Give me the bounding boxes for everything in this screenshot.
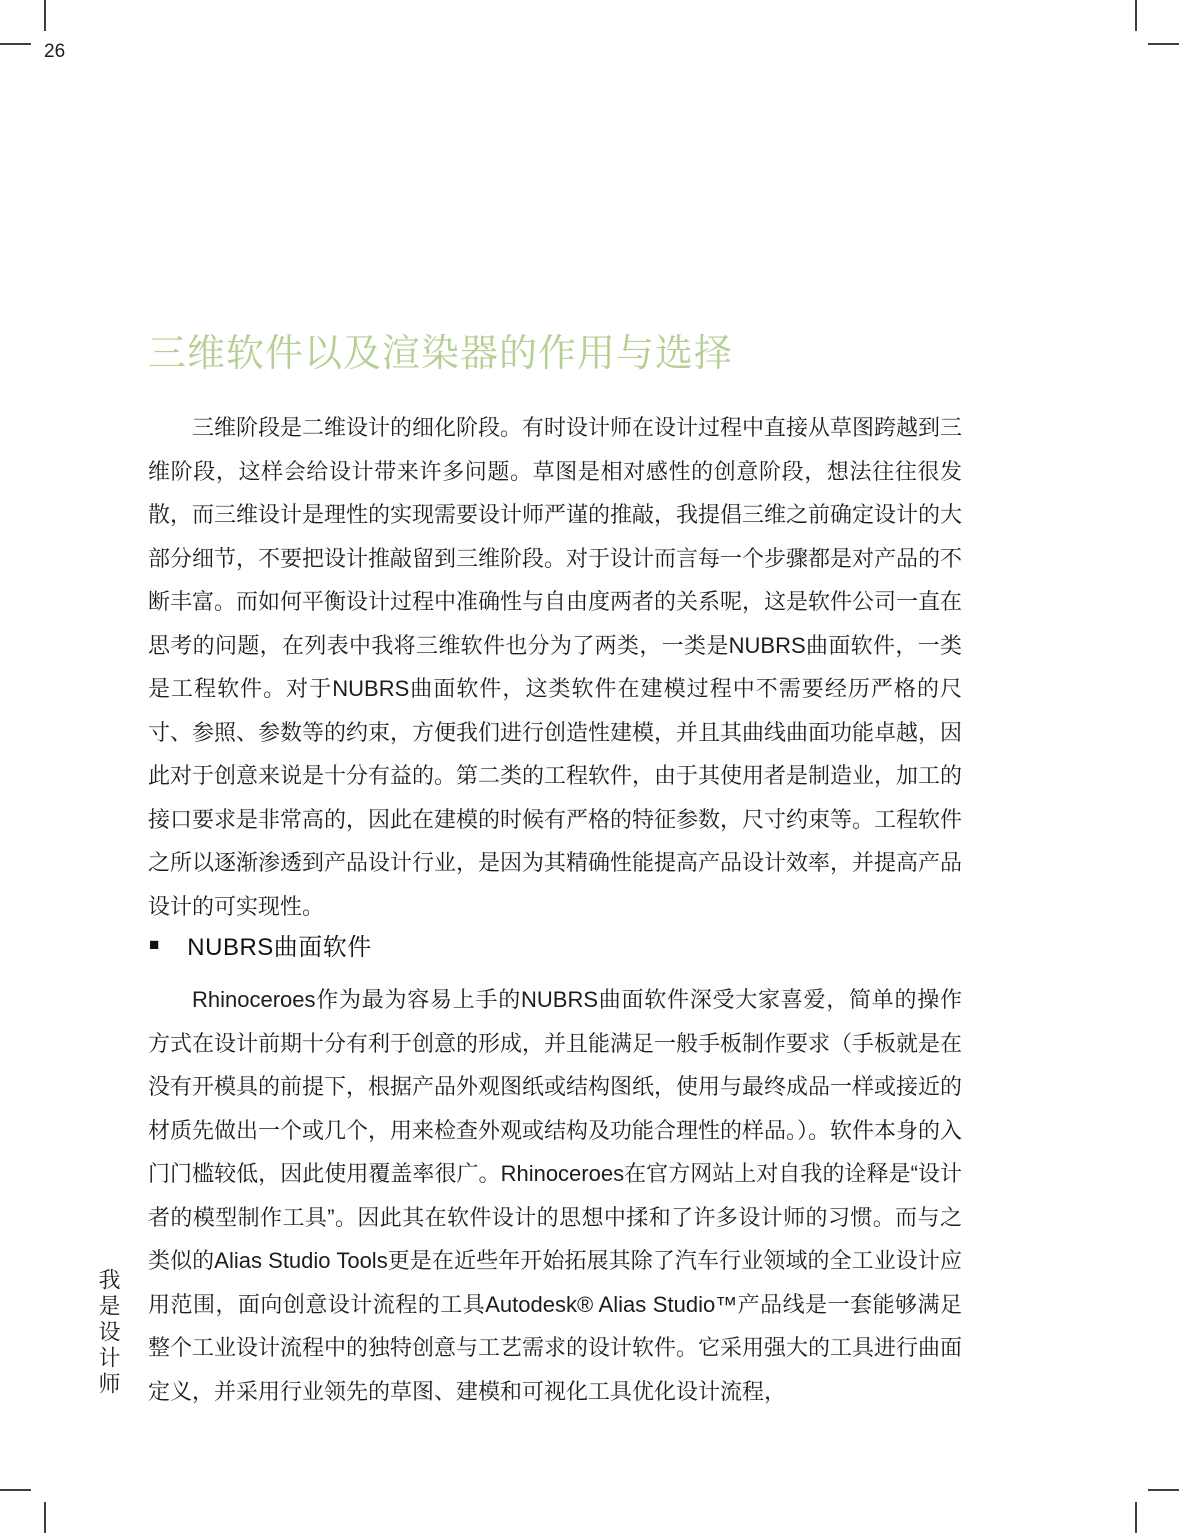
section-heading-text: NUBRS曲面软件 xyxy=(187,927,372,962)
intro-paragraph: 三维阶段是二维设计的细化阶段。有时设计师在设计过程中直接从草图跨越到三维阶段，这… xyxy=(148,406,962,928)
article-title: 三维软件以及渲染器的作用与选择 xyxy=(148,322,733,377)
crop-mark-bottom-right-vertical xyxy=(1135,1502,1137,1533)
crop-mark-bottom-left-vertical xyxy=(44,1502,46,1533)
side-vertical-label: 我是设计师 xyxy=(93,1268,124,1398)
bullet-square-icon: ■ xyxy=(149,936,159,953)
book-page: 26 三维软件以及渲染器的作用与选择 三维阶段是二维设计的细化阶段。有时设计师在… xyxy=(0,0,1179,1533)
crop-mark-top-left-vertical xyxy=(44,0,46,31)
crop-mark-bottom-left-horizontal xyxy=(0,1489,31,1491)
section-heading: ■ NUBRS曲面软件 xyxy=(149,927,372,962)
crop-mark-bottom-right-horizontal xyxy=(1148,1489,1179,1491)
page-number: 26 xyxy=(44,42,65,63)
crop-mark-top-right-horizontal xyxy=(1148,43,1179,45)
section-paragraph: Rhinoceroes作为最为容易上手的NUBRS曲面软件深受大家喜爱，简单的操… xyxy=(148,978,962,1413)
crop-mark-top-right-vertical xyxy=(1135,0,1137,31)
crop-mark-top-left-horizontal xyxy=(0,43,31,45)
